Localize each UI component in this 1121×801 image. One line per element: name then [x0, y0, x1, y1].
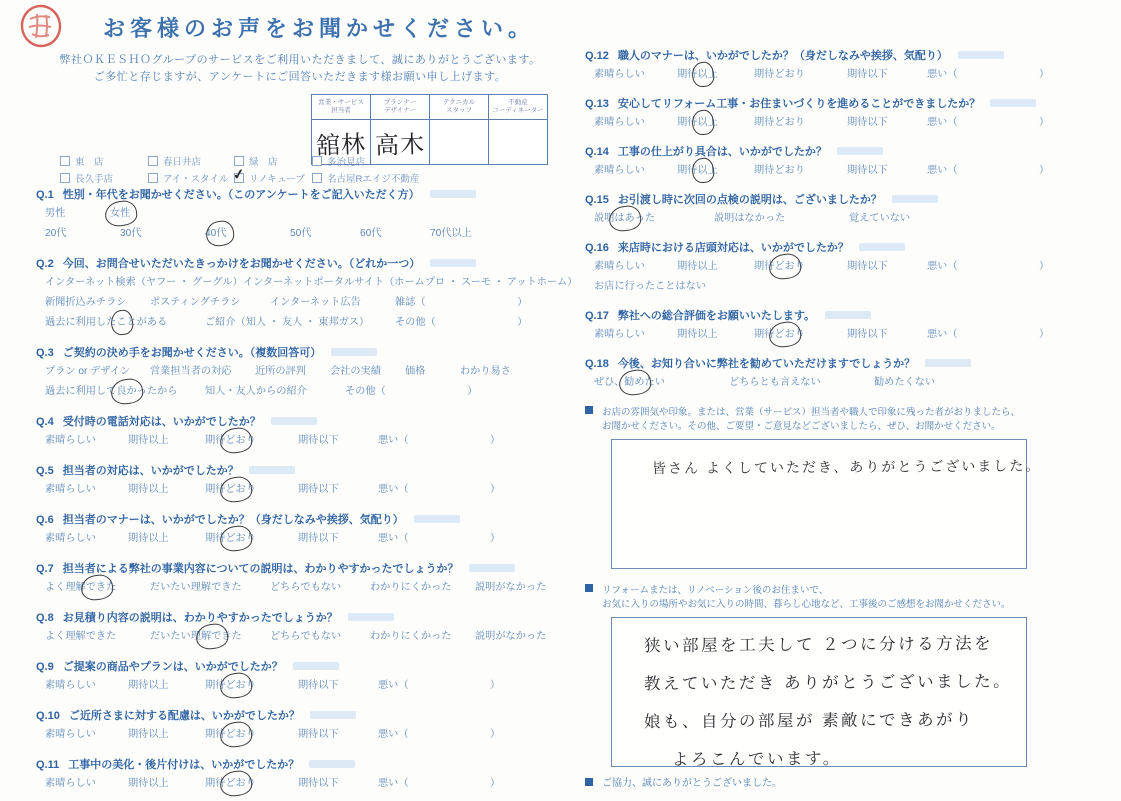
handwritten-circle: 以: [697, 162, 707, 179]
answer-line: よく理解できただいたい理解できたどちらでもないわかりにくかった説明がなかった: [36, 579, 552, 596]
checkbox-icon: [148, 156, 158, 166]
question-Q.9: Q.9ご提案の商品やプランは、いかがでしたか？素晴らしい期待以上期待どおり期待以…: [36, 658, 552, 694]
title-highlight: [837, 147, 883, 155]
answer-option: 悪い（ ）: [378, 726, 500, 743]
title-highlight: [331, 348, 377, 356]
answer-option: 期待どおり: [205, 481, 298, 498]
store-label: リノキューブ: [249, 174, 305, 185]
answer-option: 悪い（ ）: [927, 162, 1049, 179]
page-title: お客様のお声をお聞かせください。: [103, 12, 535, 43]
store-option: 多治見店: [312, 154, 419, 168]
question-Q.18: Q.18今後、お知り合いに弊社を勧めていただけますでしょうか？ぜひ、勧めたいどち…: [585, 355, 1035, 391]
answer-option: だいたい理解できた: [150, 579, 270, 596]
answer-option: 20代: [45, 225, 120, 242]
store-option: 緑 店: [234, 154, 312, 168]
title-highlight: [249, 466, 295, 474]
question-number: Q.18: [585, 358, 609, 370]
question-title: 受付時の電話対応は、いかがでしたか？: [63, 416, 261, 428]
question-Q.3: Q.3ご契約の決め手をお聞かせください。（複数回答可）プラン or デザイン営業…: [36, 344, 552, 400]
title-highlight: [990, 99, 1036, 107]
question-title: 安心してリフォーム工事・お住まいづくりを進めることができましたか？: [618, 98, 980, 110]
answer-option: 悪い（ ）: [378, 481, 500, 498]
comment-box: 狭い部屋を工夫して ２つに分ける方法を教えていただき ありがとうございました。娘…: [611, 617, 1027, 767]
title-highlight: [925, 359, 971, 367]
store-label: 東 店: [75, 157, 104, 168]
answer-option: 50代: [290, 225, 360, 242]
handwritten-text: 皆さん よくしていただき、ありがとうございました。: [612, 439, 1026, 482]
checkbox-icon: ✓: [234, 173, 244, 183]
question-number: Q.13: [585, 98, 609, 110]
question-Q.6: Q.6担当者のマナーは、いかがでしたか？（身だしなみや挨拶、気配り）素晴らしい期…: [36, 511, 552, 547]
question-title: 担当者による弊社の事業内容についての説明は、わかりやすかったでしょうか？: [63, 563, 459, 575]
title-highlight: [859, 243, 905, 251]
answer-line: 素晴らしい期待以上期待どおり期待以下悪い（ ）: [36, 726, 552, 743]
question-title: 工事の仕上がり具合は、いかがでしたか？: [618, 146, 827, 158]
handwritten-circle: どお: [774, 258, 794, 275]
answer-option: 営業担当者の対応: [150, 363, 255, 380]
answer-option: 期待以上: [128, 481, 205, 498]
answer-option: 期待以下: [298, 530, 378, 547]
store-option: 春日井店: [148, 154, 234, 168]
handwritten-circle: 女性: [110, 205, 130, 222]
comment-box: 皆さん よくしていただき、ありがとうございました。: [611, 439, 1027, 569]
answer-line: 新聞折込みチラシポスティングチラシインターネット広告雑誌（ ）: [36, 294, 552, 311]
question-number: Q.4: [36, 416, 54, 428]
answer-option: わかり易さ: [460, 363, 511, 380]
store-checklist: 東 店春日井店緑 店多治見店長久手店アイ・スタイル✓リノキューブ名古屋Rエイジ不…: [60, 154, 419, 185]
answer-option: インターネット広告: [270, 294, 395, 311]
question-title: ご提案の商品やプランは、いかがでしたか？: [63, 661, 283, 673]
answer-option: 期待どおり: [754, 66, 847, 83]
question-title: 担当者のマナーは、いかがでしたか？（身だしなみや挨拶、気配り）: [63, 514, 404, 526]
answer-option: よく理解できた: [45, 579, 150, 596]
question-number: Q.1: [36, 189, 54, 201]
answer-line: 素晴らしい期待以上期待どおり期待以下悪い（ ）: [585, 326, 1035, 343]
question-number: Q.8: [36, 612, 54, 624]
handwritten-circle: 良か: [116, 383, 136, 400]
title-highlight: [958, 51, 1004, 59]
answer-option: 説明はあった: [594, 210, 714, 227]
handwritten-circle: はあ: [614, 210, 634, 227]
store-option: 名古屋Rエイジ不動産: [312, 171, 419, 185]
comment-prompt: リフォームまたは、リノベーション後のお住まいで、: [602, 584, 828, 598]
intro-text: 弊社ＯＫＥＳＨＯグループのサービスをご利用いただきまして、誠にありがとうございま…: [40, 52, 560, 86]
question-title: 職人のマナーは、いかがでしたか？（身だしなみや挨拶、気配り）: [618, 50, 948, 62]
answer-option: 勧めたくない: [874, 374, 935, 391]
answer-line: インターネット検索（ヤフー ・ グーグル）インターネットポータルサイト（ホームプ…: [36, 274, 552, 291]
answer-option: 期待以上: [677, 326, 754, 343]
answer-option: 30代: [120, 225, 205, 242]
answer-option: 悪い（ ）: [378, 775, 500, 792]
answer-option: 素晴らしい: [594, 326, 677, 343]
question-number: Q.17: [585, 310, 609, 322]
answer-option: 素晴らしい: [45, 677, 128, 694]
answer-line: 素晴らしい期待以上期待どおり期待以下悪い（ ）: [585, 258, 1035, 275]
answer-line: 素晴らしい期待以上期待どおり期待以下悪い（ ）: [585, 114, 1035, 131]
answer-option: 悪い（ ）: [927, 66, 1049, 83]
answer-option: 素晴らしい: [45, 726, 128, 743]
answer-option: 期待どおり: [754, 162, 847, 179]
question-title: 工事中の美化・後片付けは、いかがでしたか？: [68, 759, 299, 771]
handwritten-text: 娘も、自分の部屋が 素敵にできあがり: [612, 701, 1026, 742]
answer-option: 素晴らしい: [594, 114, 677, 131]
answer-option: 男性: [45, 205, 110, 222]
comment-prompt: お店の雰囲気や印象。または、営業（サービス）担当者や職人で印象に残った者がおりま…: [602, 406, 1020, 420]
handwritten-circle: 解で: [201, 628, 221, 645]
answer-option: 期待どおり: [205, 775, 298, 792]
intro-line-1: 弊社ＯＫＥＳＨＯグループのサービスをご利用いただきまして、誠にありがとうございま…: [40, 52, 560, 69]
right-column: Q.12職人のマナーは、いかがでしたか？（身だしなみや挨拶、気配り）素晴らしい期…: [585, 47, 1035, 789]
answer-option: だいたい理解できた: [150, 628, 270, 645]
answer-line: 素晴らしい期待以上期待どおり期待以下悪い（ ）: [36, 677, 552, 694]
answer-option: 70代以上: [430, 225, 472, 242]
question-title: 今後、お知り合いに弊社を勧めていただけますでしょうか？: [618, 358, 915, 370]
store-label: 緑 店: [249, 157, 278, 168]
answer-option: 雑誌（ ）: [395, 294, 527, 311]
answer-option: どちらでもない: [270, 628, 370, 645]
question-title: 弊社への総合評価をお願いいたします。: [618, 310, 815, 322]
answer-option: 期待以下: [847, 258, 927, 275]
answer-option: 過去に利用して良かったから: [45, 383, 205, 400]
question-Q.4: Q.4受付時の電話対応は、いかがでしたか？素晴らしい期待以上期待どおり期待以下悪…: [36, 413, 552, 449]
title-highlight: [348, 613, 394, 621]
answer-option: 60代: [360, 225, 430, 242]
answer-option: ぜひ、勧めたい: [594, 374, 729, 391]
handwritten-circle: どお: [225, 481, 245, 498]
question-number: Q.3: [36, 347, 54, 359]
question-Q.10: Q.10ご近所さまに対する配慮は、いかがでしたか？素晴らしい期待以上期待どおり期…: [36, 707, 552, 743]
store-label: 春日井店: [163, 157, 201, 168]
question-number: Q.10: [36, 710, 60, 722]
answer-option: 期待以下: [298, 677, 378, 694]
answer-option: 素晴らしい: [594, 162, 677, 179]
answer-option: 期待どおり: [205, 530, 298, 547]
title-highlight: [825, 311, 871, 319]
answer-option: 価格: [405, 363, 460, 380]
comment-prompt: お気に入りの場所やお気に入りの時間、暮らし心地など、工事後のご感想をお聞かせくだ…: [585, 598, 1035, 612]
handwritten-circle: 0代: [211, 225, 227, 242]
question-number: Q.9: [36, 661, 54, 673]
survey-page: お客様のお声をお聞かせください。 弊社ＯＫＥＳＨＯグループのサービスをご利用いた…: [0, 0, 1121, 801]
answer-option: 素晴らしい: [594, 258, 677, 275]
answer-line: 素晴らしい期待以上期待どおり期待以下悪い（ ）: [585, 66, 1035, 83]
answer-option: 覚えていない: [849, 210, 910, 227]
question-Q.16: Q.16来店時における店頭対応は、いかがでしたか？素晴らしい期待以上期待どおり期…: [585, 239, 1035, 295]
question-Q.7: Q.7担当者による弊社の事業内容についての説明は、わかりやすかったでしょうか？よ…: [36, 560, 552, 596]
question-Q.12: Q.12職人のマナーは、いかがでしたか？（身だしなみや挨拶、気配り）素晴らしい期…: [585, 47, 1035, 83]
hanko-stamp-icon: [15, 1, 65, 53]
answer-line: よく理解できただいたい理解できたどちらでもないわかりにくかった説明がなかった: [36, 628, 552, 645]
answer-option: インターネットポータルサイト（ホームプロ ・ スーモ ・ アットホーム）: [243, 274, 577, 291]
checkbox-icon: [312, 173, 322, 183]
answer-option: ポスティングチラシ: [150, 294, 270, 311]
question-Q.2: Q.2今回、お問合せいただいたきっかけをお聞かせください。（どれか一つ）インター…: [36, 255, 552, 331]
answer-option: 会社の実績: [330, 363, 405, 380]
question-number: Q.5: [36, 465, 54, 477]
answer-option: 期待以下: [298, 726, 378, 743]
handwritten-circle: 以: [697, 66, 707, 83]
answer-line: プラン or デザイン営業担当者の対応近所の評判会社の実績価格わかり易さ: [36, 363, 552, 380]
answer-line: 素晴らしい期待以上期待どおり期待以下悪い（ ）: [36, 775, 552, 792]
answer-line: 20代30代40代50代60代70代以上: [36, 225, 552, 242]
section-bullet-icon: [585, 778, 593, 786]
answer-option: 知人・友人からの紹介: [205, 383, 345, 400]
handwritten-text: 狭い部屋を工夫して ２つに分ける方法を: [612, 617, 1026, 666]
answer-option: 悪い（ ）: [927, 326, 1049, 343]
question-number: Q.14: [585, 146, 609, 158]
handwritten-circle: どお: [225, 677, 245, 694]
store-option: 長久手店: [60, 171, 148, 185]
handwritten-circle: どお: [225, 726, 245, 743]
title-highlight: [892, 195, 938, 203]
section-bullet-icon: [585, 584, 593, 592]
question-title: 担当者の対応は、いかがでしたか？: [63, 465, 239, 477]
answer-option: 素晴らしい: [45, 432, 128, 449]
answer-option: よく理解できた: [45, 628, 150, 645]
answer-option: 悪い（ ）: [378, 677, 500, 694]
checkbox-icon: [148, 173, 158, 183]
title-highlight: [414, 515, 460, 523]
answer-option: 悪い（ ）: [378, 432, 500, 449]
question-title: ご契約の決め手をお聞かせください。（複数回答可）: [63, 347, 322, 359]
question-Q.13: Q.13安心してリフォーム工事・お住まいづくりを進めることができましたか？素晴ら…: [585, 95, 1035, 131]
question-title: お引渡し時に次回の点検の説明は、ございましたか？: [618, 194, 882, 206]
answer-option: 新聞折込みチラシ: [45, 294, 150, 311]
comment-section-impression: お店の雰囲気や印象。または、営業（サービス）担当者や職人で印象に残った者がおりま…: [585, 406, 1035, 569]
question-number: Q.7: [36, 563, 54, 575]
title-highlight: [430, 190, 476, 198]
answer-option: 期待以上: [677, 66, 754, 83]
question-number: Q.11: [36, 759, 59, 771]
answer-option: 期待どおり: [754, 258, 847, 275]
question-title: 今回、お問合せいただいたきっかけをお聞かせください。（どれか一つ）: [63, 258, 421, 270]
answer-line: 過去に利用したことがあるご紹介（知人 ・ 友人 ・ 東邦ガス）その他（ ）: [36, 314, 552, 331]
answer-option: 期待どおり: [205, 677, 298, 694]
checkbox-icon: [60, 173, 70, 183]
answer-line: お店に行ったことはない: [585, 278, 1035, 295]
answer-option: 期待どおり: [754, 114, 847, 131]
question-Q.1: Q.1性別・年代をお聞かせください。（このアンケートをご記入いただく方）男性女性…: [36, 186, 552, 242]
handwritten-circle: 勧め: [624, 374, 644, 391]
store-label: アイ・スタイル: [163, 174, 228, 185]
answer-option: 期待どおり: [205, 726, 298, 743]
checkmark-icon: ✓: [232, 165, 246, 183]
question-Q.5: Q.5担当者の対応は、いかがでしたか？素晴らしい期待以上期待どおり期待以下悪い（…: [36, 462, 552, 498]
answer-option: 40代: [205, 225, 290, 242]
checkbox-icon: [60, 156, 70, 166]
answer-option: ご紹介（知人 ・ 友人 ・ 東邦ガス）: [205, 314, 395, 331]
answer-option: 素晴らしい: [45, 481, 128, 498]
handwritten-circle: どお: [225, 530, 245, 547]
handwritten-circle: でき: [86, 579, 106, 596]
answer-option: 過去に利用したことがある: [45, 314, 205, 331]
questions-column-left: Q.1性別・年代をお聞かせください。（このアンケートをご記入いただく方）男性女性…: [36, 186, 552, 801]
answer-option: 期待以下: [847, 162, 927, 179]
store-option: ✓リノキューブ: [234, 171, 312, 185]
question-title: 来店時における店頭対応は、いかがでしたか？: [618, 242, 849, 254]
checkbox-icon: [312, 156, 322, 166]
answer-option: 説明はなかった: [714, 210, 849, 227]
answer-option: プラン or デザイン: [45, 363, 150, 380]
answer-option: 近所の評判: [255, 363, 330, 380]
answer-option: その他（ ）: [395, 314, 527, 331]
comment-prompt: お聞かせください。その他、ご要望・ご意見などございましたら、ぜひ、お聞かせくださ…: [585, 420, 1035, 434]
answer-line: 男性女性: [36, 205, 552, 222]
store-option: アイ・スタイル: [148, 171, 234, 185]
answer-line: 過去に利用して良かったから知人・友人からの紹介その他（ ）: [36, 383, 552, 400]
question-title: お見積り内容の説明は、わかりやすかったでしょうか？: [63, 612, 338, 624]
question-Q.8: Q.8お見積り内容の説明は、わかりやすかったでしょうか？よく理解できただいたい理…: [36, 609, 552, 645]
answer-option: 期待以下: [298, 481, 378, 498]
answer-option: インターネット検索（ヤフー ・ グーグル）: [45, 274, 243, 291]
answer-option: 期待以上: [128, 530, 205, 547]
answer-option: 期待以上: [677, 162, 754, 179]
answer-option: 期待以下: [847, 114, 927, 131]
question-Q.11: Q.11工事中の美化・後片付けは、いかがでしたか？素晴らしい期待以上期待どおり期…: [36, 756, 552, 792]
answer-option: 期待どおり: [754, 326, 847, 343]
staff-col-realestate: 不動産コーディネーター: [489, 95, 548, 120]
answer-option: 期待以上: [677, 114, 754, 131]
handwritten-circle: どお: [225, 432, 245, 449]
answer-option: 期待以下: [847, 66, 927, 83]
questions-column-right: Q.12職人のマナーは、いかがでしたか？（身だしなみや挨拶、気配り）素晴らしい期…: [585, 47, 1035, 391]
answer-option: 素晴らしい: [45, 530, 128, 547]
question-number: Q.6: [36, 514, 54, 526]
staff-col-technical: テクニカルスタッフ: [430, 95, 489, 120]
question-title: 性別・年代をお聞かせください。（このアンケートをご記入いただく方）: [63, 189, 420, 201]
handwritten-circle: どお: [774, 326, 794, 343]
answer-option: 悪い（ ）: [927, 114, 1049, 131]
answer-option: 女性: [110, 205, 130, 222]
answer-option: 期待以上: [677, 258, 754, 275]
store-option: 東 店: [60, 154, 148, 168]
title-highlight: [293, 662, 339, 670]
title-highlight: [309, 760, 355, 768]
title-highlight: [469, 564, 515, 572]
answer-option: わかりにくかった: [370, 579, 475, 596]
question-Q.17: Q.17弊社への総合評価をお願いいたします。素晴らしい期待以上期待どおり期待以下…: [585, 307, 1035, 343]
section-bullet-icon: [585, 406, 593, 414]
answer-option: 悪い（ ）: [378, 530, 500, 547]
answer-option: その他（ ）: [345, 383, 477, 400]
question-number: Q.2: [36, 258, 54, 270]
question-Q.15: Q.15お引渡し時に次回の点検の説明は、ございましたか？説明はあった説明はなかっ…: [585, 191, 1035, 227]
staff-col-planner: プランナーデザイナー: [371, 95, 430, 120]
answer-line: 説明はあった説明はなかった覚えていない: [585, 210, 1035, 227]
title-highlight: [310, 711, 356, 719]
answer-option: どちらとも言えない: [729, 374, 874, 391]
staff-header-row: 営業・サービス担当者 プランナーデザイナー テクニカルスタッフ 不動産コーディネ…: [312, 95, 548, 120]
handwritten-circle: どお: [225, 775, 245, 792]
answer-option: 期待以下: [298, 432, 378, 449]
question-title: ご近所さまに対する配慮は、いかがでしたか？: [69, 710, 300, 722]
handwritten-circle: こ: [116, 314, 126, 331]
staff-name-cell: [430, 120, 489, 165]
answer-option: 素晴らしい: [45, 775, 128, 792]
answer-option: 期待以上: [128, 432, 205, 449]
answer-line: 素晴らしい期待以上期待どおり期待以下悪い（ ）: [36, 481, 552, 498]
staff-col-sales: 営業・サービス担当者: [312, 95, 371, 120]
answer-line: 素晴らしい期待以上期待どおり期待以下悪い（ ）: [36, 432, 552, 449]
store-label: 長久手店: [75, 174, 113, 185]
store-label: 多治見店: [327, 157, 365, 168]
staff-name-cell: [489, 120, 548, 165]
answer-option: わかりにくかった: [370, 628, 475, 645]
answer-option: 期待どおり: [205, 432, 298, 449]
answer-option: 説明がなかった: [475, 579, 546, 596]
answer-line: 素晴らしい期待以上期待どおり期待以下悪い（ ）: [585, 162, 1035, 179]
handwritten-text: 教えていただき ありがとうございました。: [612, 663, 1026, 704]
question-number: Q.12: [585, 50, 609, 62]
question-number: Q.15: [585, 194, 609, 206]
answer-option: お店に行ったことはない: [594, 278, 706, 295]
answer-option: 期待以上: [128, 677, 205, 694]
answer-option: 素晴らしい: [594, 66, 677, 83]
store-label: 名古屋Rエイジ不動産: [327, 174, 419, 185]
answer-option: 期待以下: [847, 326, 927, 343]
answer-option: 期待以下: [298, 775, 378, 792]
answer-option: 説明がなかった: [475, 628, 546, 645]
answer-option: 期待以上: [128, 726, 205, 743]
handwritten-text: よろこんでいます。: [612, 739, 1026, 780]
answer-option: 悪い（ ）: [927, 258, 1049, 275]
question-number: Q.16: [585, 242, 609, 254]
answer-line: ぜひ、勧めたいどちらとも言えない勧めたくない: [585, 374, 1035, 391]
comment-section-after-reform: リフォームまたは、リノベーション後のお住まいで、 お気に入りの場所やお気に入りの…: [585, 584, 1035, 767]
answer-option: 期待以上: [128, 775, 205, 792]
handwritten-circle: 以: [697, 114, 707, 131]
intro-line-2: ご多忙と存じますが、アンケートにご回答いただきます様お願い申し上げます。: [40, 69, 560, 86]
title-highlight: [271, 417, 317, 425]
answer-line: 素晴らしい期待以上期待どおり期待以下悪い（ ）: [36, 530, 552, 547]
question-Q.14: Q.14工事の仕上がり具合は、いかがでしたか？素晴らしい期待以上期待どおり期待以…: [585, 143, 1035, 179]
title-highlight: [430, 259, 476, 267]
answer-option: どちらでもない: [270, 579, 370, 596]
